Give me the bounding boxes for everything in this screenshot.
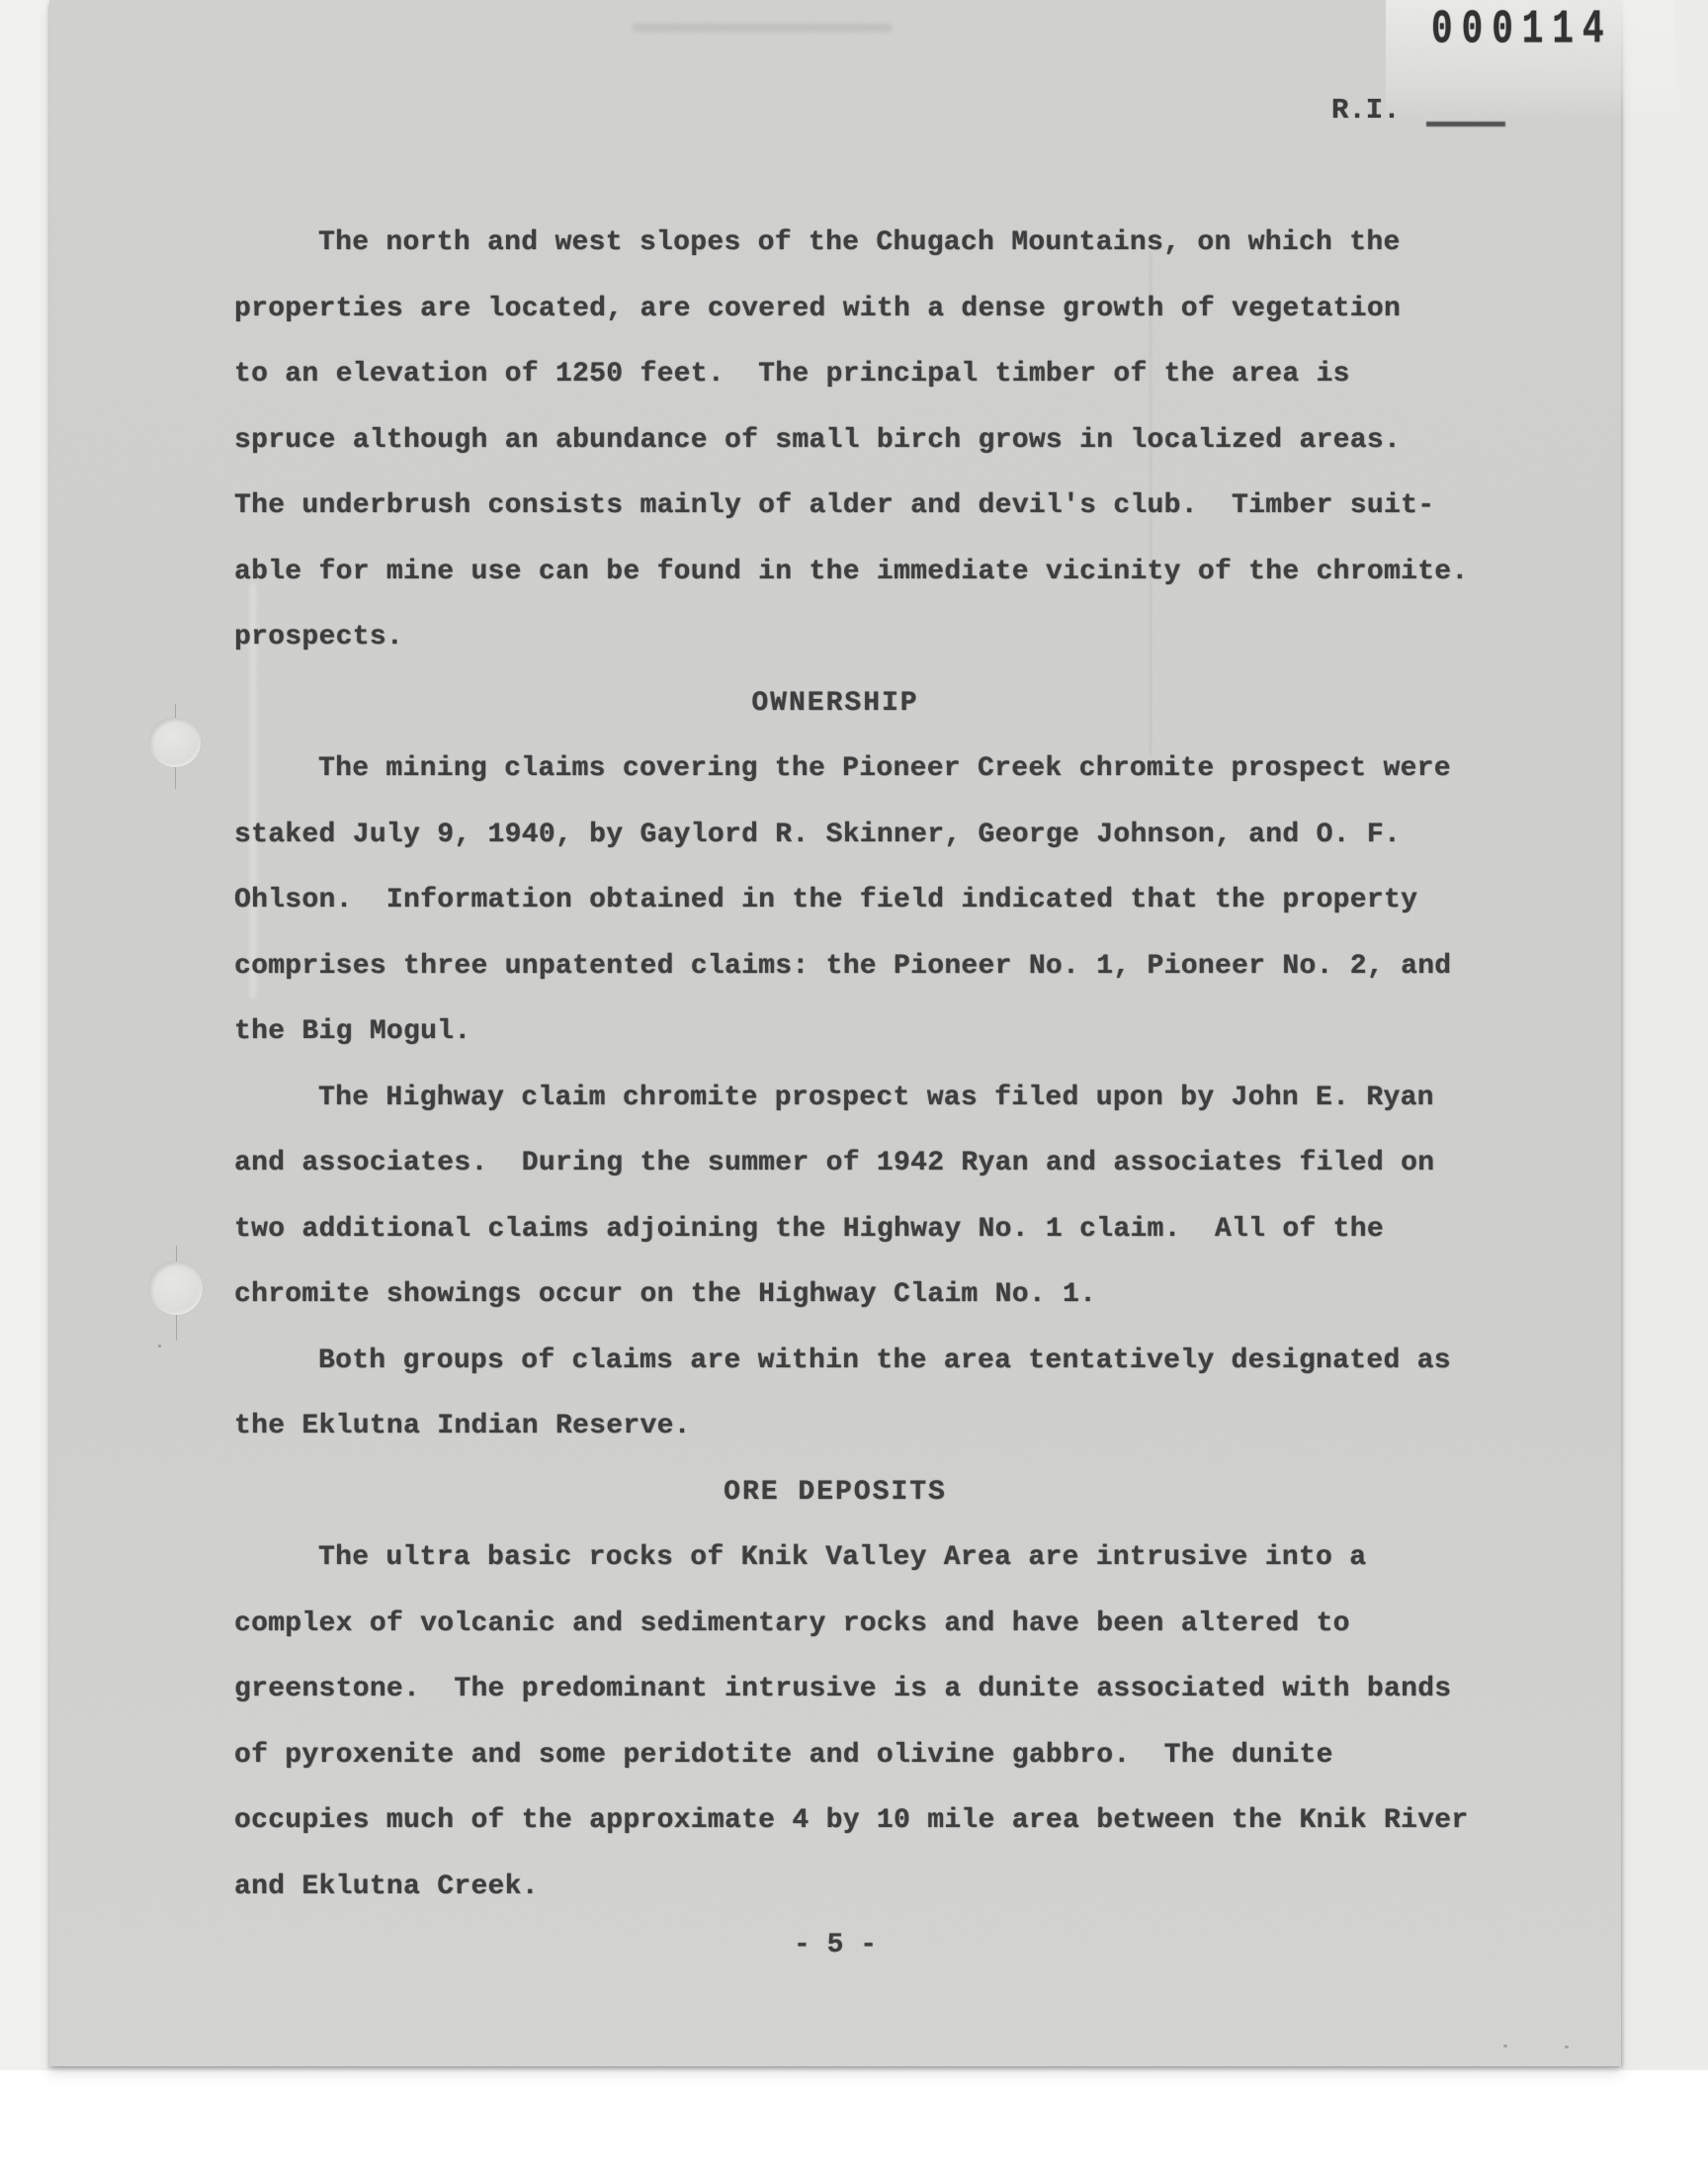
text-line: able for mine use can be found in the im… — [234, 540, 1499, 606]
document-page: 000114 R.I. The north and west slopes of… — [49, 0, 1621, 2066]
section-heading: OWNERSHIP — [234, 671, 1499, 738]
text-line: two additional claims adjoining the High… — [234, 1197, 1499, 1263]
page-stamp-number: 000114 — [1431, 2, 1613, 56]
text-line: The ultra basic rocks of Knik Valley Are… — [234, 1525, 1499, 1592]
text-line: the Big Mogul. — [234, 1000, 1499, 1066]
text-line: occupies much of the approximate 4 by 10… — [234, 1788, 1499, 1855]
report-id-field: R.I. — [1331, 94, 1505, 127]
scanner-background-left — [0, 0, 49, 2070]
dust-speck — [1503, 2044, 1507, 2047]
page-number: - 5 - — [234, 1930, 1499, 1960]
scan-streak — [633, 24, 892, 32]
text-line: of pyroxenite and some peridotite and ol… — [234, 1723, 1499, 1789]
dust-speck — [1565, 2045, 1569, 2048]
text-line: The underbrush consists mainly of alder … — [234, 474, 1499, 540]
text-line: Ohlson. Information obtained in the fiel… — [234, 868, 1499, 934]
text-line: Both groups of claims are within the are… — [234, 1329, 1499, 1395]
text-line: The Highway claim chromite prospect was … — [234, 1066, 1499, 1132]
text-line: prospects. — [234, 605, 1499, 671]
punch-hole-top — [149, 718, 201, 767]
text-line: and associates. During the summer of 194… — [234, 1131, 1499, 1197]
text-line: greenstone. The predominant intrusive is… — [234, 1657, 1499, 1723]
text-line: complex of volcanic and sedimentary rock… — [234, 1592, 1499, 1658]
document-body: The north and west slopes of the Chugach… — [234, 211, 1499, 1920]
punch-hole-bottom — [149, 1261, 203, 1315]
report-id-label: R.I. — [1331, 94, 1401, 127]
text-line: The mining claims covering the Pioneer C… — [234, 737, 1499, 803]
dust-speck — [158, 1345, 161, 1348]
text-line: and Eklutna Creek. — [234, 1855, 1499, 1921]
text-line: spruce although an abundance of small bi… — [234, 408, 1499, 475]
text-line: properties are located, are covered with… — [234, 277, 1499, 343]
text-line: The north and west slopes of the Chugach… — [234, 211, 1499, 277]
text-line: to an elevation of 1250 feet. The princi… — [234, 342, 1499, 408]
text-line: comprises three unpatented claims: the P… — [234, 934, 1499, 1000]
scanner-background-right — [1621, 0, 1708, 2070]
text-line: staked July 9, 1940, by Gaylord R. Skinn… — [234, 803, 1499, 869]
text-line: chromite showings occur on the Highway C… — [234, 1262, 1499, 1329]
text-line: the Eklutna Indian Reserve. — [234, 1394, 1499, 1460]
section-heading: ORE DEPOSITS — [234, 1460, 1499, 1526]
scanned-document-screenshot: { "page": { "stamp": "000114", "header_l… — [0, 0, 1708, 2175]
report-id-blank-line — [1426, 96, 1505, 127]
